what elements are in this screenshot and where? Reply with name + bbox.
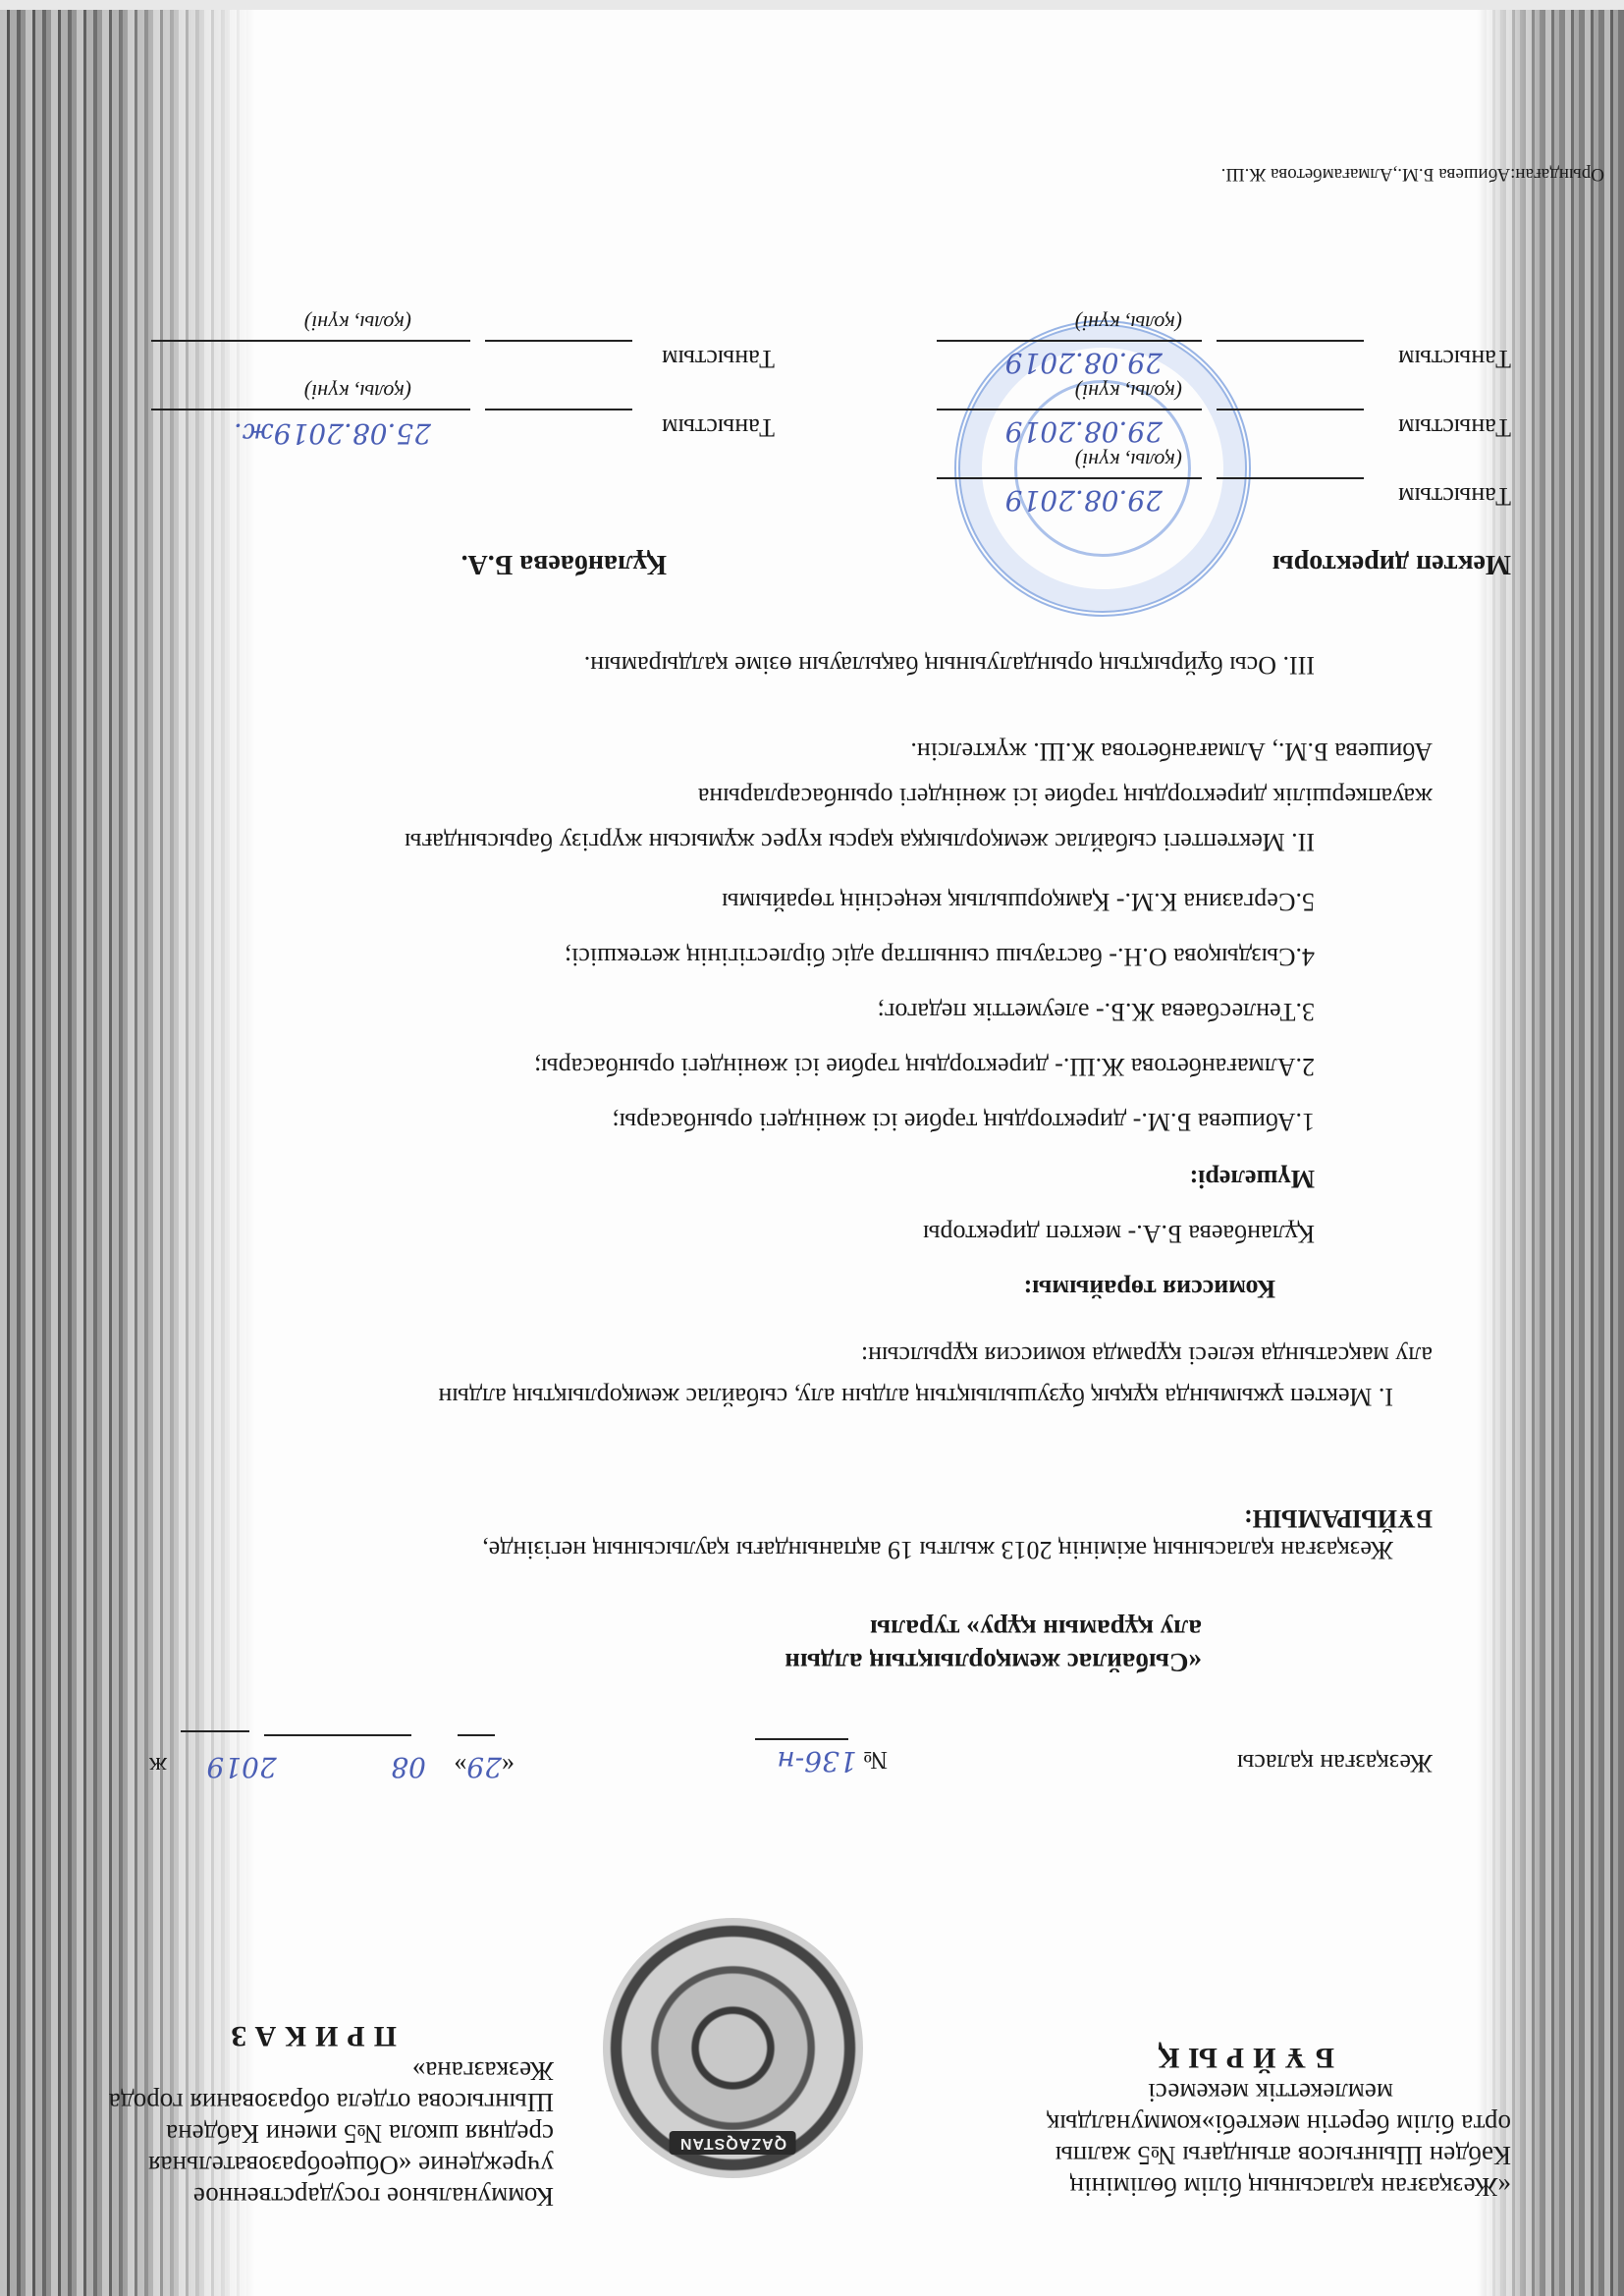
item-1-line: І. Мектеп ұжымында құқық бұзушылықтың ал…	[97, 1381, 1433, 1412]
ack-label: Таныстым	[1398, 344, 1511, 373]
ack-date-line[interactable]	[937, 409, 1202, 410]
ack-date-line[interactable]	[151, 340, 470, 342]
ack-caption: (қолы, күні)	[1075, 379, 1182, 405]
header-ru-line: Коммунальное государственное	[43, 2181, 554, 2213]
ack-signature-line[interactable]	[1217, 477, 1364, 479]
ack-date-line[interactable]	[937, 477, 1202, 479]
ack-label: Таныстым	[1398, 481, 1511, 511]
date-quote: »	[454, 1752, 466, 1780]
ack-signature-line[interactable]	[485, 409, 632, 410]
ack-date: 29.08.2019	[1005, 484, 1163, 517]
date-quote: «	[502, 1752, 514, 1780]
item-2-line: ІІ. Мектептегі сыбайлас жемқорлыққа қарс…	[78, 826, 1433, 857]
header-kz-line: орта білім беретін мектебі»коммуналдық	[902, 2108, 1511, 2140]
members-heading: Мүшелері:	[1190, 1163, 1316, 1194]
order-title-line: алу құрамын құру» туралы	[785, 1613, 1202, 1646]
date-suffix: ж	[149, 1752, 167, 1780]
member-item: 2.Алмағанбетова Ж.Ш.- директордың тәрбие…	[534, 1027, 1315, 1082]
scan-edge	[0, 0, 1624, 10]
ack-signature-line[interactable]	[1217, 409, 1364, 410]
header-ru: Коммунальное государственное учреждение …	[43, 2020, 554, 2213]
order-title: «Сыбайлас жемқорлықтың алдын алу құрамын…	[785, 1613, 1202, 1679]
date-month-underline	[264, 1734, 411, 1736]
city-label: Жезқазған қаласы	[1237, 1748, 1433, 1777]
member-item: 3.Тенлесбаева Ж.Б.- әлеуметтік педагог;	[534, 972, 1315, 1027]
scanned-order-page: «Жезқазған қаласының білім бөлімінің Кәб…	[0, 0, 1624, 2296]
header-kz-line: «Жезқазған қаласының білім бөлімінің	[902, 2171, 1511, 2203]
member-item: 5.Сергазина К.М.- Қамқоршылық кеңесінің …	[534, 862, 1315, 917]
chair-entry: Құланбаева Б.А.- мектеп директоры	[923, 1218, 1315, 1249]
director-title: Мектеп директоры	[1272, 548, 1511, 579]
header-kz-line: Кәбден Шынғысов атындағы №5 жалпы	[902, 2140, 1511, 2171]
scan-streak-right	[0, 0, 255, 2296]
date-year-underline	[181, 1730, 249, 1732]
order-number: № 136-н	[777, 1745, 888, 1777]
preamble-text: Жезқазған қаласының әкімінің 2013 жылғы …	[97, 1534, 1433, 1565]
ack-date-line[interactable]	[937, 340, 1202, 342]
director-name: Құланбаева Б.А.	[461, 548, 667, 579]
ack-label: Таныстым	[1398, 412, 1511, 442]
ack-label: Таныстым	[662, 344, 775, 373]
ack-caption: (қолы, күні)	[304, 310, 411, 336]
item-2-line: Абишева Б.М., Алмағанбетова Ж.Ш. жүктелс…	[78, 736, 1433, 767]
item-2: ІІ. Мектептегі сыбайлас жемқорлыққа қарс…	[78, 736, 1433, 857]
ack-signature-line[interactable]	[1217, 340, 1364, 342]
ack-signature-line[interactable]	[485, 340, 632, 342]
executors-note: Орындаған:Абишева Б.М.,Алмағамбетова Ж.Ш…	[1221, 163, 1604, 185]
header-ru-line: Шынгысова отдела образования города	[43, 2087, 554, 2118]
ack-caption: (қолы, күні)	[1075, 310, 1182, 336]
preamble: Жезқазған қаласының әкімінің 2013 жылғы …	[97, 1503, 1433, 1565]
member-item: 4.Сыздықова О.Н.- бастауыш сыныптар әдіс…	[534, 917, 1315, 972]
date-day: 29	[466, 1751, 502, 1783]
emblem-ribbon: QAZAQSTAN	[670, 2131, 796, 2155]
chair-heading: Комиссия төрайымы:	[1023, 1273, 1275, 1304]
item-3: ІІІ. Осы бұйрықтың орындалуының бақылауы…	[584, 649, 1315, 681]
header-kz: «Жезқазған қаласының білім бөлімінің Кәб…	[902, 2042, 1511, 2203]
ack-caption: (қолы, күні)	[304, 379, 411, 405]
header-ru-line: Жезказгана»	[43, 2055, 554, 2087]
date-day-underline	[458, 1734, 495, 1736]
ack-date: 29.08.2019	[1005, 347, 1163, 379]
number-underline	[755, 1738, 848, 1740]
state-emblem-icon: QAZAQSTAN	[603, 1918, 863, 2178]
header-ru-line: учреждение «Общеобразовательная	[43, 2150, 554, 2181]
item-1-line: алу мақсатында келесі құрамда комиссия қ…	[97, 1339, 1433, 1371]
header-ru-title: ПРИКАЗ	[43, 2020, 554, 2051]
ack-date: 25.08.2019ж.	[234, 417, 431, 450]
ack-caption: (қолы, күні)	[1075, 448, 1182, 473]
date-year: 2019	[206, 1751, 276, 1783]
header-kz-title: БҰЙРЫҚ	[902, 2042, 1511, 2073]
number-value: 136-н	[777, 1745, 856, 1777]
ack-label: Таныстым	[662, 412, 775, 442]
header-kz-line: мемлекеттік мекемесі	[902, 2077, 1511, 2108]
order-title-line: «Сыбайлас жемқорлықтың алдын	[785, 1646, 1202, 1679]
date-month: 08	[391, 1751, 426, 1783]
item-1: І. Мектеп ұжымында құқық бұзушылықтың ал…	[97, 1339, 1433, 1412]
header-ru-line: средняя школа №5 имени Кабдена	[43, 2118, 554, 2150]
ack-date: 29.08.2019	[1005, 415, 1163, 448]
number-prefix: №	[863, 1746, 888, 1775]
member-item: 1.Абишева Б.М.- директордың тәрбие ісі ж…	[534, 1082, 1315, 1137]
item-2-line: жауапкершілік директордың тәрбие ісі жөн…	[78, 781, 1433, 812]
order-word: БҰЙЫРАМЫН:	[97, 1503, 1433, 1534]
members-list: 1.Абишева Б.М.- директордың тәрбие ісі ж…	[534, 862, 1315, 1137]
ack-date-line[interactable]	[151, 409, 470, 410]
order-date: «29» 08 2019 ж	[149, 1751, 514, 1783]
